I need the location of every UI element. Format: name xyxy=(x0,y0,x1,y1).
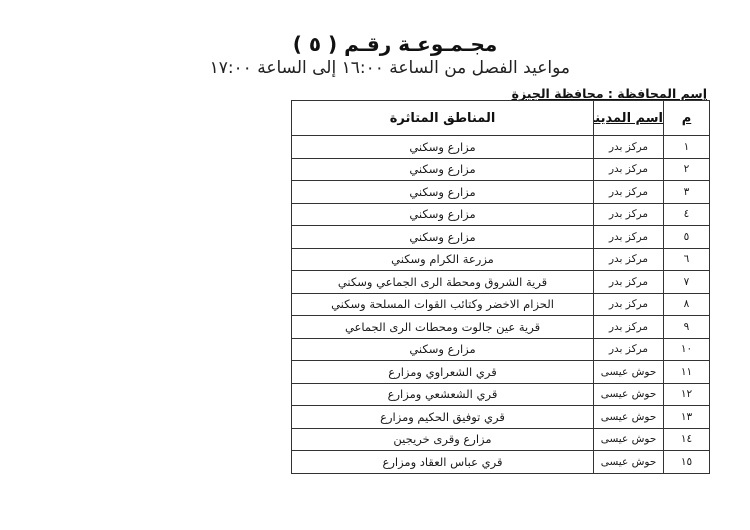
row-num: ١ xyxy=(664,136,710,159)
table-row: ١٠ مركز بدر مزارع وسكني xyxy=(292,338,710,361)
row-city: مركز بدر xyxy=(594,181,664,204)
row-city: مركز بدر xyxy=(594,293,664,316)
table-row: ٢ مركز بدر مزارع وسكني xyxy=(292,158,710,181)
row-num: ٨ xyxy=(664,293,710,316)
row-areas: مزارع وسكني xyxy=(292,203,594,226)
row-city: حوش عيسى xyxy=(594,428,664,451)
row-city: مركز بدر xyxy=(594,136,664,159)
row-num: ١٣ xyxy=(664,406,710,429)
row-city: حوش عيسى xyxy=(594,451,664,474)
row-areas: قري توفيق الحكيم ومزارع xyxy=(292,406,594,429)
row-city: مركز بدر xyxy=(594,338,664,361)
row-city: مركز بدر xyxy=(594,248,664,271)
row-num: ١٤ xyxy=(664,428,710,451)
header-areas-label: المناطق المتاثرة xyxy=(390,111,496,126)
table-row: ١٢ حوش عيسى قري الشعشعي ومزارع xyxy=(292,383,710,406)
row-areas: مزرعة الكرام وسكني xyxy=(292,248,594,271)
row-num: ٦ xyxy=(664,248,710,271)
province-label: إسم المحافظة : محافظة الجيزة xyxy=(512,86,707,101)
schedule-subtitle: مواعيد الفصل من الساعة ١٦:٠٠ إلى الساعة … xyxy=(240,58,570,78)
row-num: ٧ xyxy=(664,271,710,294)
row-num: ٩ xyxy=(664,316,710,339)
row-num: ١٥ xyxy=(664,451,710,474)
table-row: ٩ مركز بدر قرية عين جالوت ومحطات الرى ال… xyxy=(292,316,710,339)
row-num: ٤ xyxy=(664,203,710,226)
header-city-label: اسم المدينة xyxy=(594,111,664,126)
table-row: ١٥ حوش عيسى قري عباس العقاد ومزارع xyxy=(292,451,710,474)
row-city: مركز بدر xyxy=(594,316,664,339)
table-row: ٧ مركز بدر قرية الشروق ومحطة الرى الجماع… xyxy=(292,271,710,294)
row-city: حوش عيسى xyxy=(594,406,664,429)
row-city: حوش عيسى xyxy=(594,361,664,384)
table-header-row: م اسم المدينة المناطق المتاثرة xyxy=(292,101,710,136)
table-row: ٨ مركز بدر الحزام الاخضر وكتائب القوات ا… xyxy=(292,293,710,316)
header-city: اسم المدينة xyxy=(594,101,664,136)
header-num-label: م xyxy=(682,111,692,126)
row-num: ٢ xyxy=(664,158,710,181)
header-areas: المناطق المتاثرة xyxy=(292,101,594,136)
table-row: ٣ مركز بدر مزارع وسكني xyxy=(292,181,710,204)
row-num: ٣ xyxy=(664,181,710,204)
group-title: مجـمـوعـة رقـم ( ٥ ) xyxy=(230,32,560,56)
table-row: ١ مركز بدر مزارع وسكني xyxy=(292,136,710,159)
row-areas: مزارع وسكني xyxy=(292,338,594,361)
row-num: ١١ xyxy=(664,361,710,384)
row-areas: مزارع وسكني xyxy=(292,136,594,159)
table-row: ٦ مركز بدر مزرعة الكرام وسكني xyxy=(292,248,710,271)
row-city: مركز بدر xyxy=(594,271,664,294)
table-row: ٥ مركز بدر مزارع وسكني xyxy=(292,226,710,249)
row-areas: قري الشعشعي ومزارع xyxy=(292,383,594,406)
table-row: ١٣ حوش عيسى قري توفيق الحكيم ومزارع xyxy=(292,406,710,429)
table-row: ٤ مركز بدر مزارع وسكني xyxy=(292,203,710,226)
row-num: ٥ xyxy=(664,226,710,249)
row-areas: قري عباس العقاد ومزارع xyxy=(292,451,594,474)
row-city: مركز بدر xyxy=(594,158,664,181)
row-areas: مزارع وسكني xyxy=(292,181,594,204)
row-city: حوش عيسى xyxy=(594,383,664,406)
row-areas: قري الشعراوي ومزارع xyxy=(292,361,594,384)
row-num: ١٠ xyxy=(664,338,710,361)
row-num: ١٢ xyxy=(664,383,710,406)
row-areas: الحزام الاخضر وكتائب القوات المسلحة وسكن… xyxy=(292,293,594,316)
row-areas: قرية الشروق ومحطة الرى الجماعي وسكني xyxy=(292,271,594,294)
row-areas: قرية عين جالوت ومحطات الرى الجماعي xyxy=(292,316,594,339)
table-row: ١٤ حوش عيسى مزارع وقرى خريجين xyxy=(292,428,710,451)
row-city: مركز بدر xyxy=(594,226,664,249)
table-row: ١١ حوش عيسى قري الشعراوي ومزارع xyxy=(292,361,710,384)
outage-schedule-table: م اسم المدينة المناطق المتاثرة ١ مركز بد… xyxy=(291,100,710,474)
header-num: م xyxy=(664,101,710,136)
row-areas: مزارع وقرى خريجين xyxy=(292,428,594,451)
row-city: مركز بدر xyxy=(594,203,664,226)
row-areas: مزارع وسكني xyxy=(292,226,594,249)
row-areas: مزارع وسكني xyxy=(292,158,594,181)
